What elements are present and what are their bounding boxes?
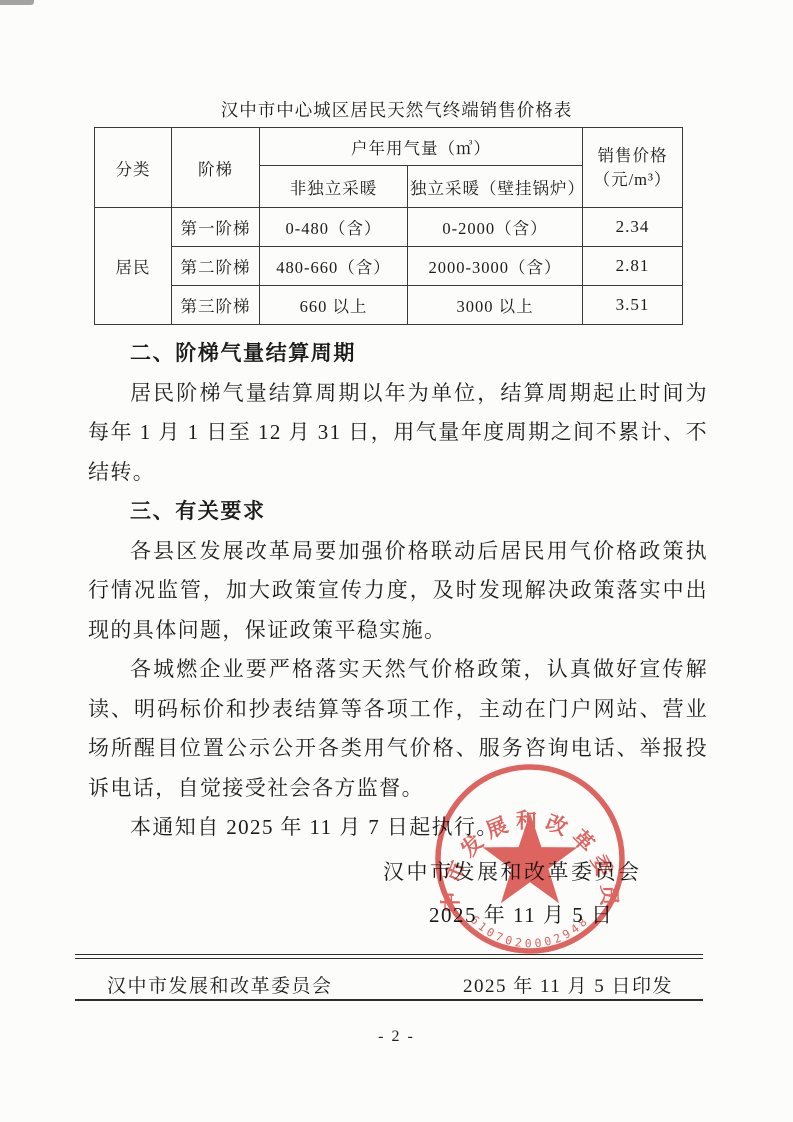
footer-bottom-rule [75, 999, 703, 1001]
footer-issue-date: 2025 年 11 月 5 日印发 [463, 971, 673, 998]
section-2-paragraph: 居民阶梯气量结算周期以年为单位，结算周期起止时间为每年 1 月 1 日至 12 … [88, 374, 708, 493]
table-row: 居民 第一阶梯 0-480（含） 0-2000（含） 2.34 [95, 208, 683, 247]
effective-date-paragraph: 本通知自 2025 年 11 月 7 日起执行。 [88, 808, 708, 848]
cell-price: 3.51 [583, 286, 683, 325]
header-price-line1: 销售价格 [585, 144, 680, 168]
section-3-heading: 三、有关要求 [88, 492, 708, 532]
cell-non-heating: 0-480（含） [260, 208, 408, 247]
cell-price: 2.81 [583, 247, 683, 286]
section-3-paragraph-1: 各县区发展改革局要加强价格联动后居民用气价格政策执行情况监管，加大政策宣传力度，… [88, 532, 708, 651]
cell-category: 居民 [95, 208, 172, 325]
document-body: 二、阶梯气量结算周期 居民阶梯气量结算周期以年为单位，结算周期起止时间为每年 1… [88, 334, 708, 848]
header-category: 分类 [95, 128, 172, 208]
document-page: 汉中市中心城区居民天然气终端销售价格表 分类 阶梯 户年用气量（㎥） 销售价格 … [0, 0, 793, 1122]
cell-price: 2.34 [583, 208, 683, 247]
header-tier: 阶梯 [172, 128, 260, 208]
footer-top-rule [75, 954, 703, 959]
cell-tier: 第二阶梯 [172, 247, 260, 286]
cell-non-heating: 480-660（含） [260, 247, 408, 286]
cell-tier: 第一阶梯 [172, 208, 260, 247]
cell-non-heating: 660 以上 [260, 286, 408, 325]
header-usage-heating: 独立采暖（壁挂锅炉） [408, 166, 583, 208]
cell-tier: 第三阶梯 [172, 286, 260, 325]
table-caption: 汉中市中心城区居民天然气终端销售价格表 [0, 97, 793, 122]
table-row: 第三阶梯 660 以上 3000 以上 3.51 [95, 286, 683, 325]
gas-price-table: 分类 阶梯 户年用气量（㎥） 销售价格 （元/m³） 非独立采暖 独立采暖（壁挂… [94, 127, 683, 325]
section-3-paragraph-2: 各城燃企业要严格落实天然气价格政策，认真做好宣传解读、明码标价和抄表结算等各项工… [88, 650, 708, 808]
header-price-line2: （元/m³） [585, 168, 680, 192]
header-usage-group: 户年用气量（㎥） [260, 128, 583, 166]
header-usage-non-heating: 非独立采暖 [260, 166, 408, 208]
cell-heating: 0-2000（含） [408, 208, 583, 247]
header-price: 销售价格 （元/m³） [583, 128, 683, 208]
cell-heating: 3000 以上 [408, 286, 583, 325]
signature-date: 2025 年 11 月 5 日 [429, 899, 613, 929]
table-row: 第二阶梯 480-660（含） 2000-3000（含） 2.81 [95, 247, 683, 286]
cell-heating: 2000-3000（含） [408, 247, 583, 286]
footer-issuer: 汉中市发展和改革委员会 [107, 971, 333, 998]
table-header-row-1: 分类 阶梯 户年用气量（㎥） 销售价格 （元/m³） [95, 128, 683, 166]
footer-row: 汉中市发展和改革委员会 2025 年 11 月 5 日印发 [75, 968, 703, 1000]
page-number: - 2 - [0, 1028, 793, 1046]
section-2-heading: 二、阶梯气量结算周期 [88, 334, 708, 374]
signature-org: 汉中市发展和改革委员会 [383, 856, 642, 886]
scan-artifact [0, 0, 34, 5]
